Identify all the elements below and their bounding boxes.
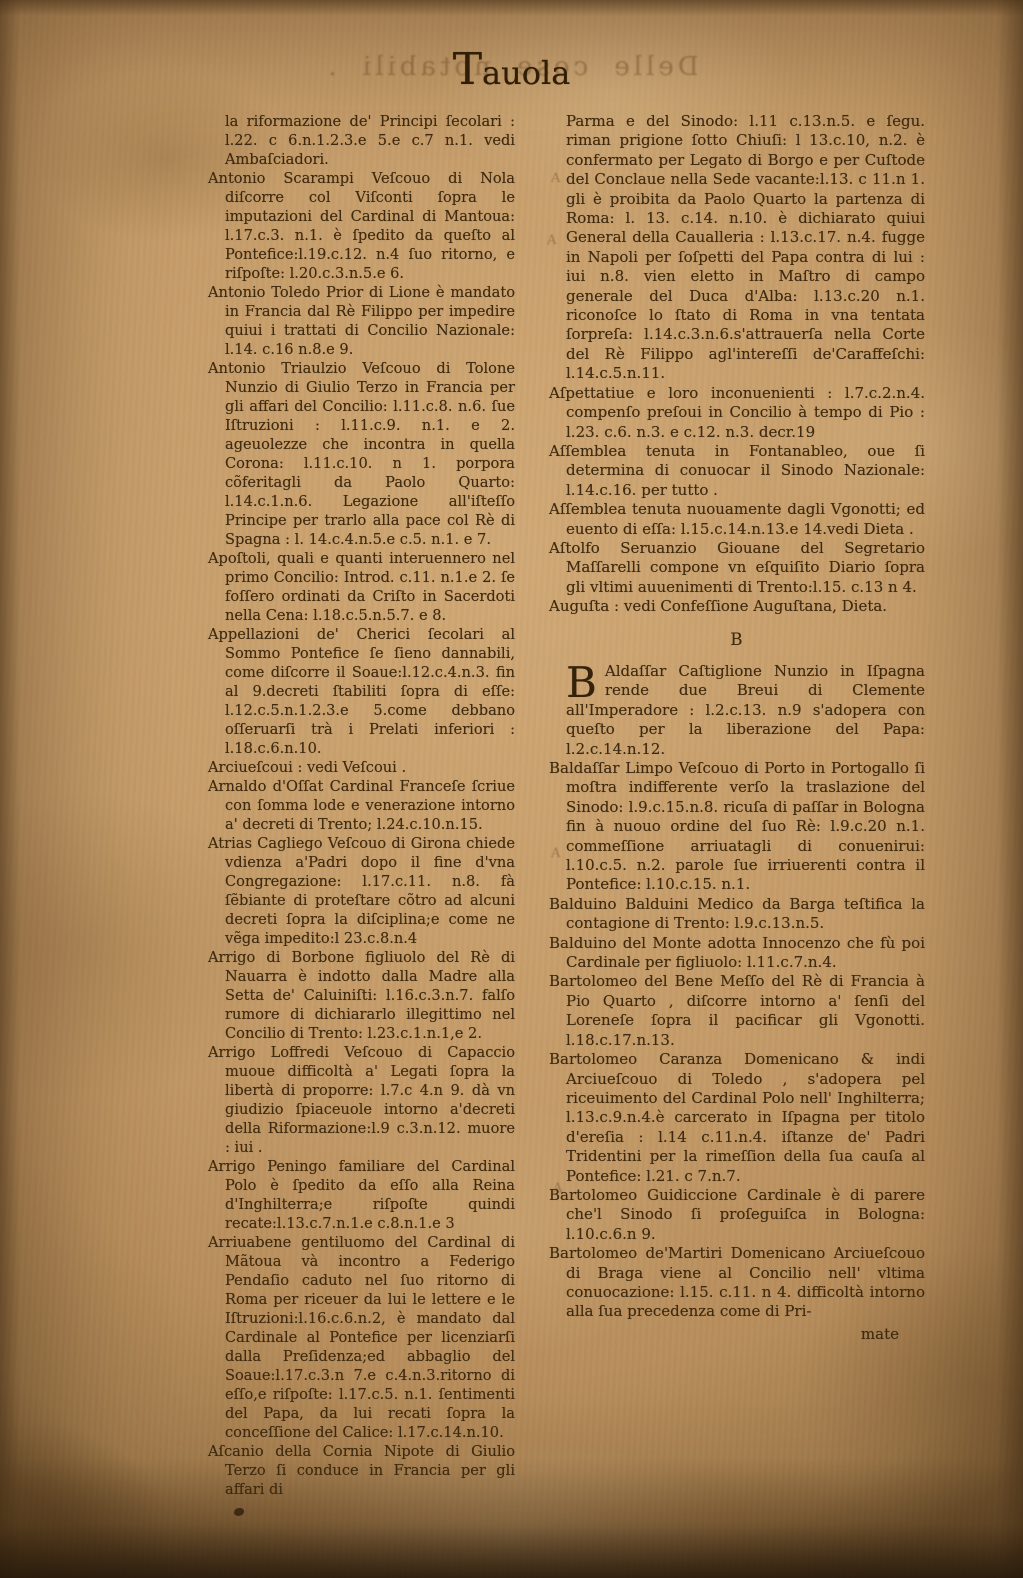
index-entry: BAldaſſar Caſtiglione Nunzio in Iſpagna … xyxy=(549,662,925,759)
index-entry: Antonio Triaulzio Veſcouo di Tolone Nunz… xyxy=(208,359,515,549)
book-page: Delle cose notabili . Tauola la riformaz… xyxy=(0,0,1023,1578)
index-entry: Arrigo Loffredi Veſcouo di Capaccio muou… xyxy=(208,1043,515,1157)
index-entry: Parma e del Sinodo: l.11 c.13.n.5. e ſeg… xyxy=(549,112,925,384)
page-header: Delle cose notabili . Tauola xyxy=(100,44,923,95)
page-title: Tauola xyxy=(100,44,923,95)
index-entry: Arrigo di Borbone figliuolo del Rè di Na… xyxy=(208,948,515,1043)
index-entry: Arrigo Peningo familiare del Cardinal Po… xyxy=(208,1157,515,1233)
index-entry: Aſtolfo Seruanzio Giouane del Segretario… xyxy=(549,539,925,597)
index-entry: Aſſemblea tenuta nuouamente dagli Vgonot… xyxy=(549,500,925,539)
index-entry: Baldaſſar Limpo Veſcouo di Porto in Port… xyxy=(549,759,925,895)
index-entry: Antonio Scarampi Veſcouo di Nola diſcorr… xyxy=(208,169,515,283)
index-entry: Bartolomeo Guidiccione Cardinale è di pa… xyxy=(549,1186,925,1244)
left-edge-shadow xyxy=(0,0,20,1578)
index-entry: Balduino Balduini Medico da Barga teſtif… xyxy=(549,895,925,934)
index-entry: Aſſemblea tenuta in Fontanableo, oue ſi … xyxy=(549,442,925,500)
index-entry: Bartolomeo del Bene Meſſo del Rè di Fran… xyxy=(549,972,925,1050)
index-entry: Antonio Toledo Prior di Lione è mandato … xyxy=(208,283,515,359)
bleedthrough-mark: A xyxy=(551,171,560,186)
index-entry: Aſpettatiue e loro inconuenienti : l.7.c… xyxy=(549,384,925,442)
index-entry: Apoſtoli, quali e quanti interuennero ne… xyxy=(208,549,515,625)
index-entry: Arnaldo d'Oſſat Cardinal Franceſe ſcriue… xyxy=(208,777,515,834)
index-entry: Atrias Cagliego Veſcouo di Girona chiede… xyxy=(208,834,515,948)
bleedthrough-mark: A xyxy=(547,233,556,248)
index-entry: Auguſta : vedi Confeſſione Auguſtana, Di… xyxy=(549,597,925,616)
index-entry: la riformazione de' Principi ſecolari : … xyxy=(208,112,515,169)
index-entry: Bartolomeo Caranza Domenicano & indi Arc… xyxy=(549,1050,925,1186)
right-column: Parma e del Sinodo: l.11 c.13.n.5. e ſeg… xyxy=(549,112,925,1344)
index-entry: Bartolomeo de'Martiri Domenicano Arciueſ… xyxy=(549,1244,925,1322)
right-edge-shadow xyxy=(997,0,1023,1578)
bleedthrough-mark: A xyxy=(553,1181,562,1196)
index-entry: Appellazioni de' Cherici ſecolari al Som… xyxy=(208,625,515,758)
top-edge-shadow xyxy=(0,0,1023,16)
index-entry: Arciueſcoui : vedi Veſcoui . xyxy=(208,758,515,777)
index-entry: Balduino del Monte adotta Innocenzo che … xyxy=(549,934,925,973)
left-column: la riformazione de' Principi ſecolari : … xyxy=(208,112,515,1516)
bleedthrough-mark: A xyxy=(551,846,560,861)
drop-cap: B xyxy=(566,662,605,699)
catchword: mate xyxy=(549,1325,925,1344)
index-entry: Aſcanio della Cornia Nipote di Giulio Te… xyxy=(208,1442,515,1499)
section-letter: B xyxy=(549,630,925,649)
ink-blot xyxy=(234,1508,244,1516)
index-entry: Arriuabene gentiluomo del Cardinal di Mã… xyxy=(208,1233,515,1442)
